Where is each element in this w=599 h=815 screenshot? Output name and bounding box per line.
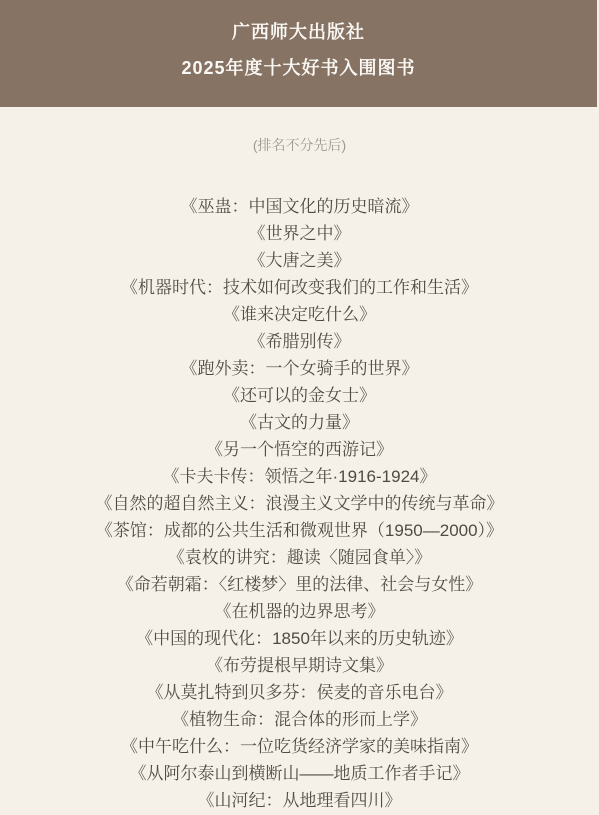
book-title: 《中午吃什么：一位吃货经济学家的美味指南》 bbox=[0, 733, 599, 760]
book-title: 《命若朝霜：〈红楼梦〉里的法律、社会与女性》 bbox=[0, 571, 599, 598]
book-title: 《机器时代：技术如何改变我们的工作和生活》 bbox=[0, 274, 599, 301]
book-title: 《从莫扎特到贝多芬：侯麦的音乐电台》 bbox=[0, 679, 599, 706]
list-title: 2025年度十大好书入围图书 bbox=[0, 50, 597, 86]
book-title: 《山河纪：从地理看四川》 bbox=[0, 787, 599, 814]
book-title: 《从阿尔泰山到横断山——地质工作者手记》 bbox=[0, 760, 599, 787]
book-title: 《卡夫卡传：领悟之年·1916-1924》 bbox=[0, 463, 599, 490]
book-title: 《古文的力量》 bbox=[0, 409, 599, 436]
book-title: 《布劳提根早期诗文集》 bbox=[0, 652, 599, 679]
book-announcement-page: 广西师大出版社 2025年度十大好书入围图书 (排名不分先后) 《巫蛊：中国文化… bbox=[0, 0, 599, 815]
book-title-list: 《巫蛊：中国文化的历史暗流》《世界之中》《大唐之美》《机器时代：技术如何改变我们… bbox=[0, 193, 599, 814]
book-title: 《还可以的金女士》 bbox=[0, 382, 599, 409]
book-title: 《另一个悟空的西游记》 bbox=[0, 436, 599, 463]
book-title: 《茶馆：成都的公共生活和微观世界（1950—2000）》 bbox=[0, 517, 599, 544]
book-title: 《世界之中》 bbox=[0, 220, 599, 247]
book-title: 《希腊别传》 bbox=[0, 328, 599, 355]
book-title: 《植物生命：混合体的形而上学》 bbox=[0, 706, 599, 733]
book-title: 《巫蛊：中国文化的历史暗流》 bbox=[0, 193, 599, 220]
book-title: 《跑外卖：一个女骑手的世界》 bbox=[0, 355, 599, 382]
book-title: 《在机器的边界思考》 bbox=[0, 598, 599, 625]
header-banner: 广西师大出版社 2025年度十大好书入围图书 bbox=[0, 0, 599, 107]
book-title: 《袁枚的讲究：趣读〈随园食单〉》 bbox=[0, 544, 599, 571]
publisher-title: 广西师大出版社 bbox=[0, 14, 597, 50]
book-title: 《大唐之美》 bbox=[0, 247, 599, 274]
book-title: 《中国的现代化：1850年以来的历史轨迹》 bbox=[0, 625, 599, 652]
book-title: 《谁来决定吃什么》 bbox=[0, 301, 599, 328]
book-title: 《自然的超自然主义：浪漫主义文学中的传统与革命》 bbox=[0, 490, 599, 517]
ranking-note: (排名不分先后) bbox=[0, 135, 599, 155]
